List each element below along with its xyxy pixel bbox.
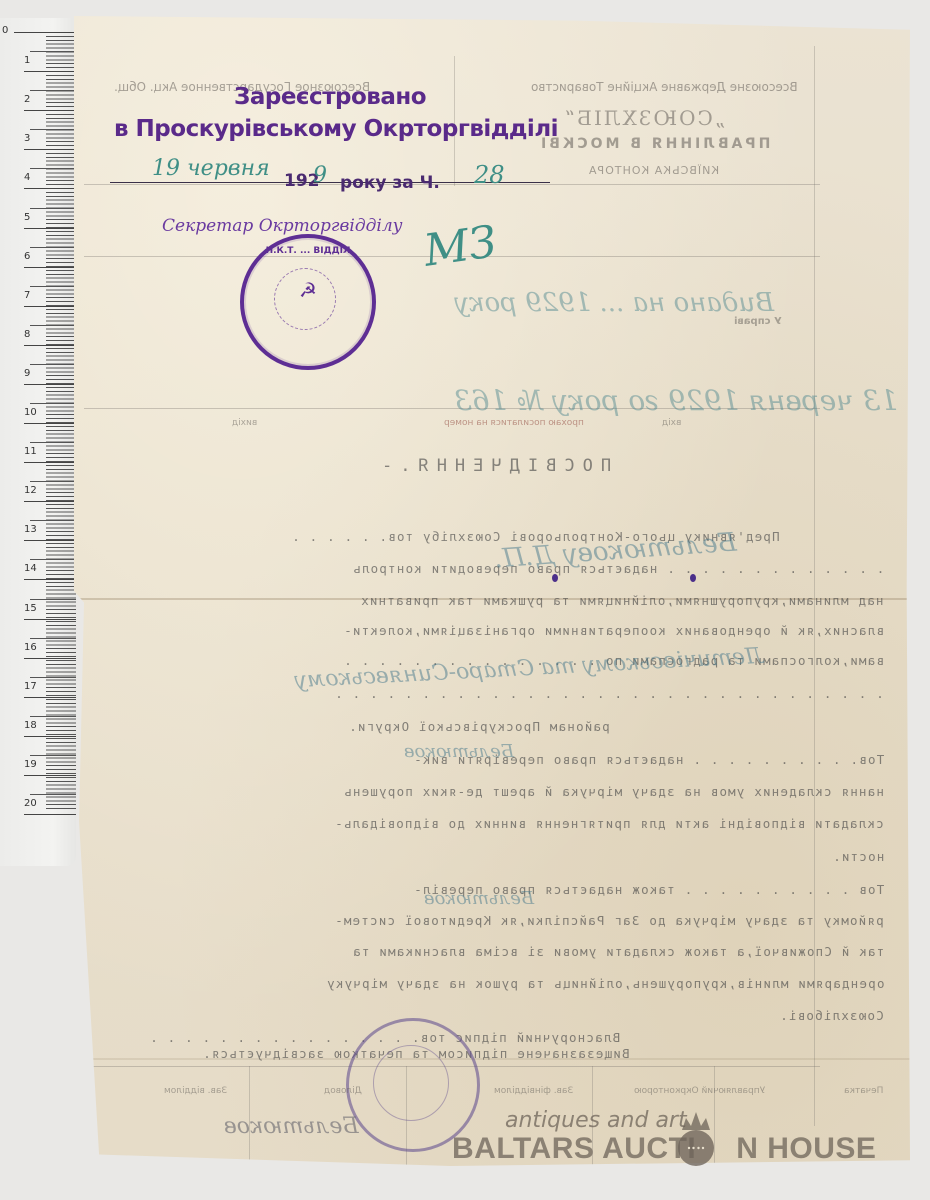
ruler-label: 0 — [2, 25, 8, 36]
body-line: так й Споживчої,а також складати умови з… — [352, 944, 884, 959]
form-line — [84, 184, 820, 185]
hammer-sickle-icon: ☭ — [244, 278, 372, 302]
ruler-label: 6 — [24, 251, 30, 262]
registration-day-month: 19 червня — [152, 156, 270, 181]
handwritten-ghost-date: 13 червня 1929 го року № 163 — [454, 384, 898, 417]
body-line: складати відповідні акти для притягнення… — [334, 816, 884, 831]
body-line: власних,як й орендованих кооперативними … — [343, 623, 884, 638]
ruler-label: 15 — [24, 603, 37, 614]
incoming-label: вихід — [232, 418, 257, 428]
ruler-label: 2 — [24, 94, 30, 105]
seal-ring-text: Н.К.Т. ... ВІДДІЛ — [244, 246, 372, 256]
registration-stamp-title: Зареєстровано — [234, 84, 426, 110]
ruler-label: 17 — [24, 681, 37, 692]
letterhead-line-4: КИЇВСЬКА КОНТОРА — [554, 164, 754, 177]
ruler-label: 14 — [24, 563, 37, 574]
ruler-label: 16 — [24, 642, 37, 653]
registration-stamp-place: в Проскурівському Окрторгвідділі — [114, 116, 558, 142]
ruler-label: 11 — [24, 446, 37, 457]
watermark-title: BALTARS AUCTIN HOUSE — [452, 1132, 876, 1166]
handwritten-name-2: Бельтюков — [404, 741, 514, 762]
body-line: ности. — [832, 849, 884, 864]
letterhead-line-1: Всесоюзне Державне Акційне Товариство — [484, 80, 844, 94]
ruler-label: 9 — [24, 368, 30, 379]
body-line: ряйомку та здачу мірчука до Заг Райспілк… — [334, 913, 884, 928]
ruler-label: 18 — [24, 720, 37, 731]
letterhead-company-name: „СОЮЗХЛІБ“ — [544, 106, 744, 130]
body-line: орендарями млинів,крупорушень,олійниць т… — [326, 976, 884, 991]
footer-label: Управляючий Окрконторою — [634, 1086, 765, 1096]
ruler-label: 3 — [24, 133, 30, 144]
secretary-signature: МЗ — [421, 216, 500, 277]
ruler-label: 19 — [24, 759, 37, 770]
form-divider — [814, 46, 815, 1126]
ruler-label: 12 — [24, 485, 37, 496]
body-line: Союзхлібові. — [779, 1008, 884, 1023]
footer-label: Зав. фінвідділом — [494, 1086, 573, 1096]
ruler-label: 1 — [24, 55, 30, 66]
ruler-label: 8 — [24, 329, 30, 340]
handwritten-ghost-line: Видано на ... 1929 року — [454, 288, 774, 318]
handwritten-name-3: Бельтюков — [424, 888, 534, 909]
body-line: районам Проскурівської Округи. — [348, 719, 610, 734]
ruler-label: 20 — [24, 798, 37, 809]
crown-logo-icon — [676, 1110, 716, 1168]
secretary-line: Секретар Окрторгвідділу — [162, 216, 403, 236]
registration-year-digit: 9 — [313, 163, 327, 188]
measuring-ruler: 01234567891011121314151617181920 — [0, 18, 76, 866]
reference-label: прохаю посилатися на номер — [444, 418, 584, 428]
footer-signature: Бельтюков — [224, 1114, 359, 1139]
outgoing-label: вхід — [662, 418, 681, 428]
document-heading: ПОСВІДЧЕННЯ.- — [374, 456, 611, 476]
ruler-label: 7 — [24, 290, 30, 301]
letterhead-line-3: ПРАВЛІННЯ В МОСКВІ — [524, 136, 784, 152]
body-line: нання складених умов на здачу мірчука й … — [343, 784, 884, 799]
body-line: . . . . . . . . . . . . . . . . . . . . … — [334, 686, 884, 701]
footer-label: Діловод — [324, 1086, 362, 1096]
document-sheet: Всесоюзное Государственное Акц. Общ. Все… — [74, 16, 910, 1166]
ruler-label: 10 — [24, 407, 37, 418]
footer-label: Печатка — [844, 1086, 883, 1096]
watermark-subtitle: antiques and art — [505, 1108, 687, 1133]
ruler-label: 5 — [24, 212, 30, 223]
registration-year-suffix: року за Ч. — [340, 173, 440, 193]
body-line: над млинами,крупорушнями,олійницями та р… — [360, 593, 884, 608]
registration-number: 28 — [474, 161, 505, 189]
ruler-label: 13 — [24, 524, 37, 535]
footer-label: Зав. відділом — [164, 1086, 227, 1096]
round-seal: Н.К.Т. ... ВІДДІЛ ☭ — [240, 234, 376, 370]
ruler-label: 4 — [24, 172, 30, 183]
ink-dot — [690, 574, 696, 582]
ink-dot — [552, 574, 558, 582]
